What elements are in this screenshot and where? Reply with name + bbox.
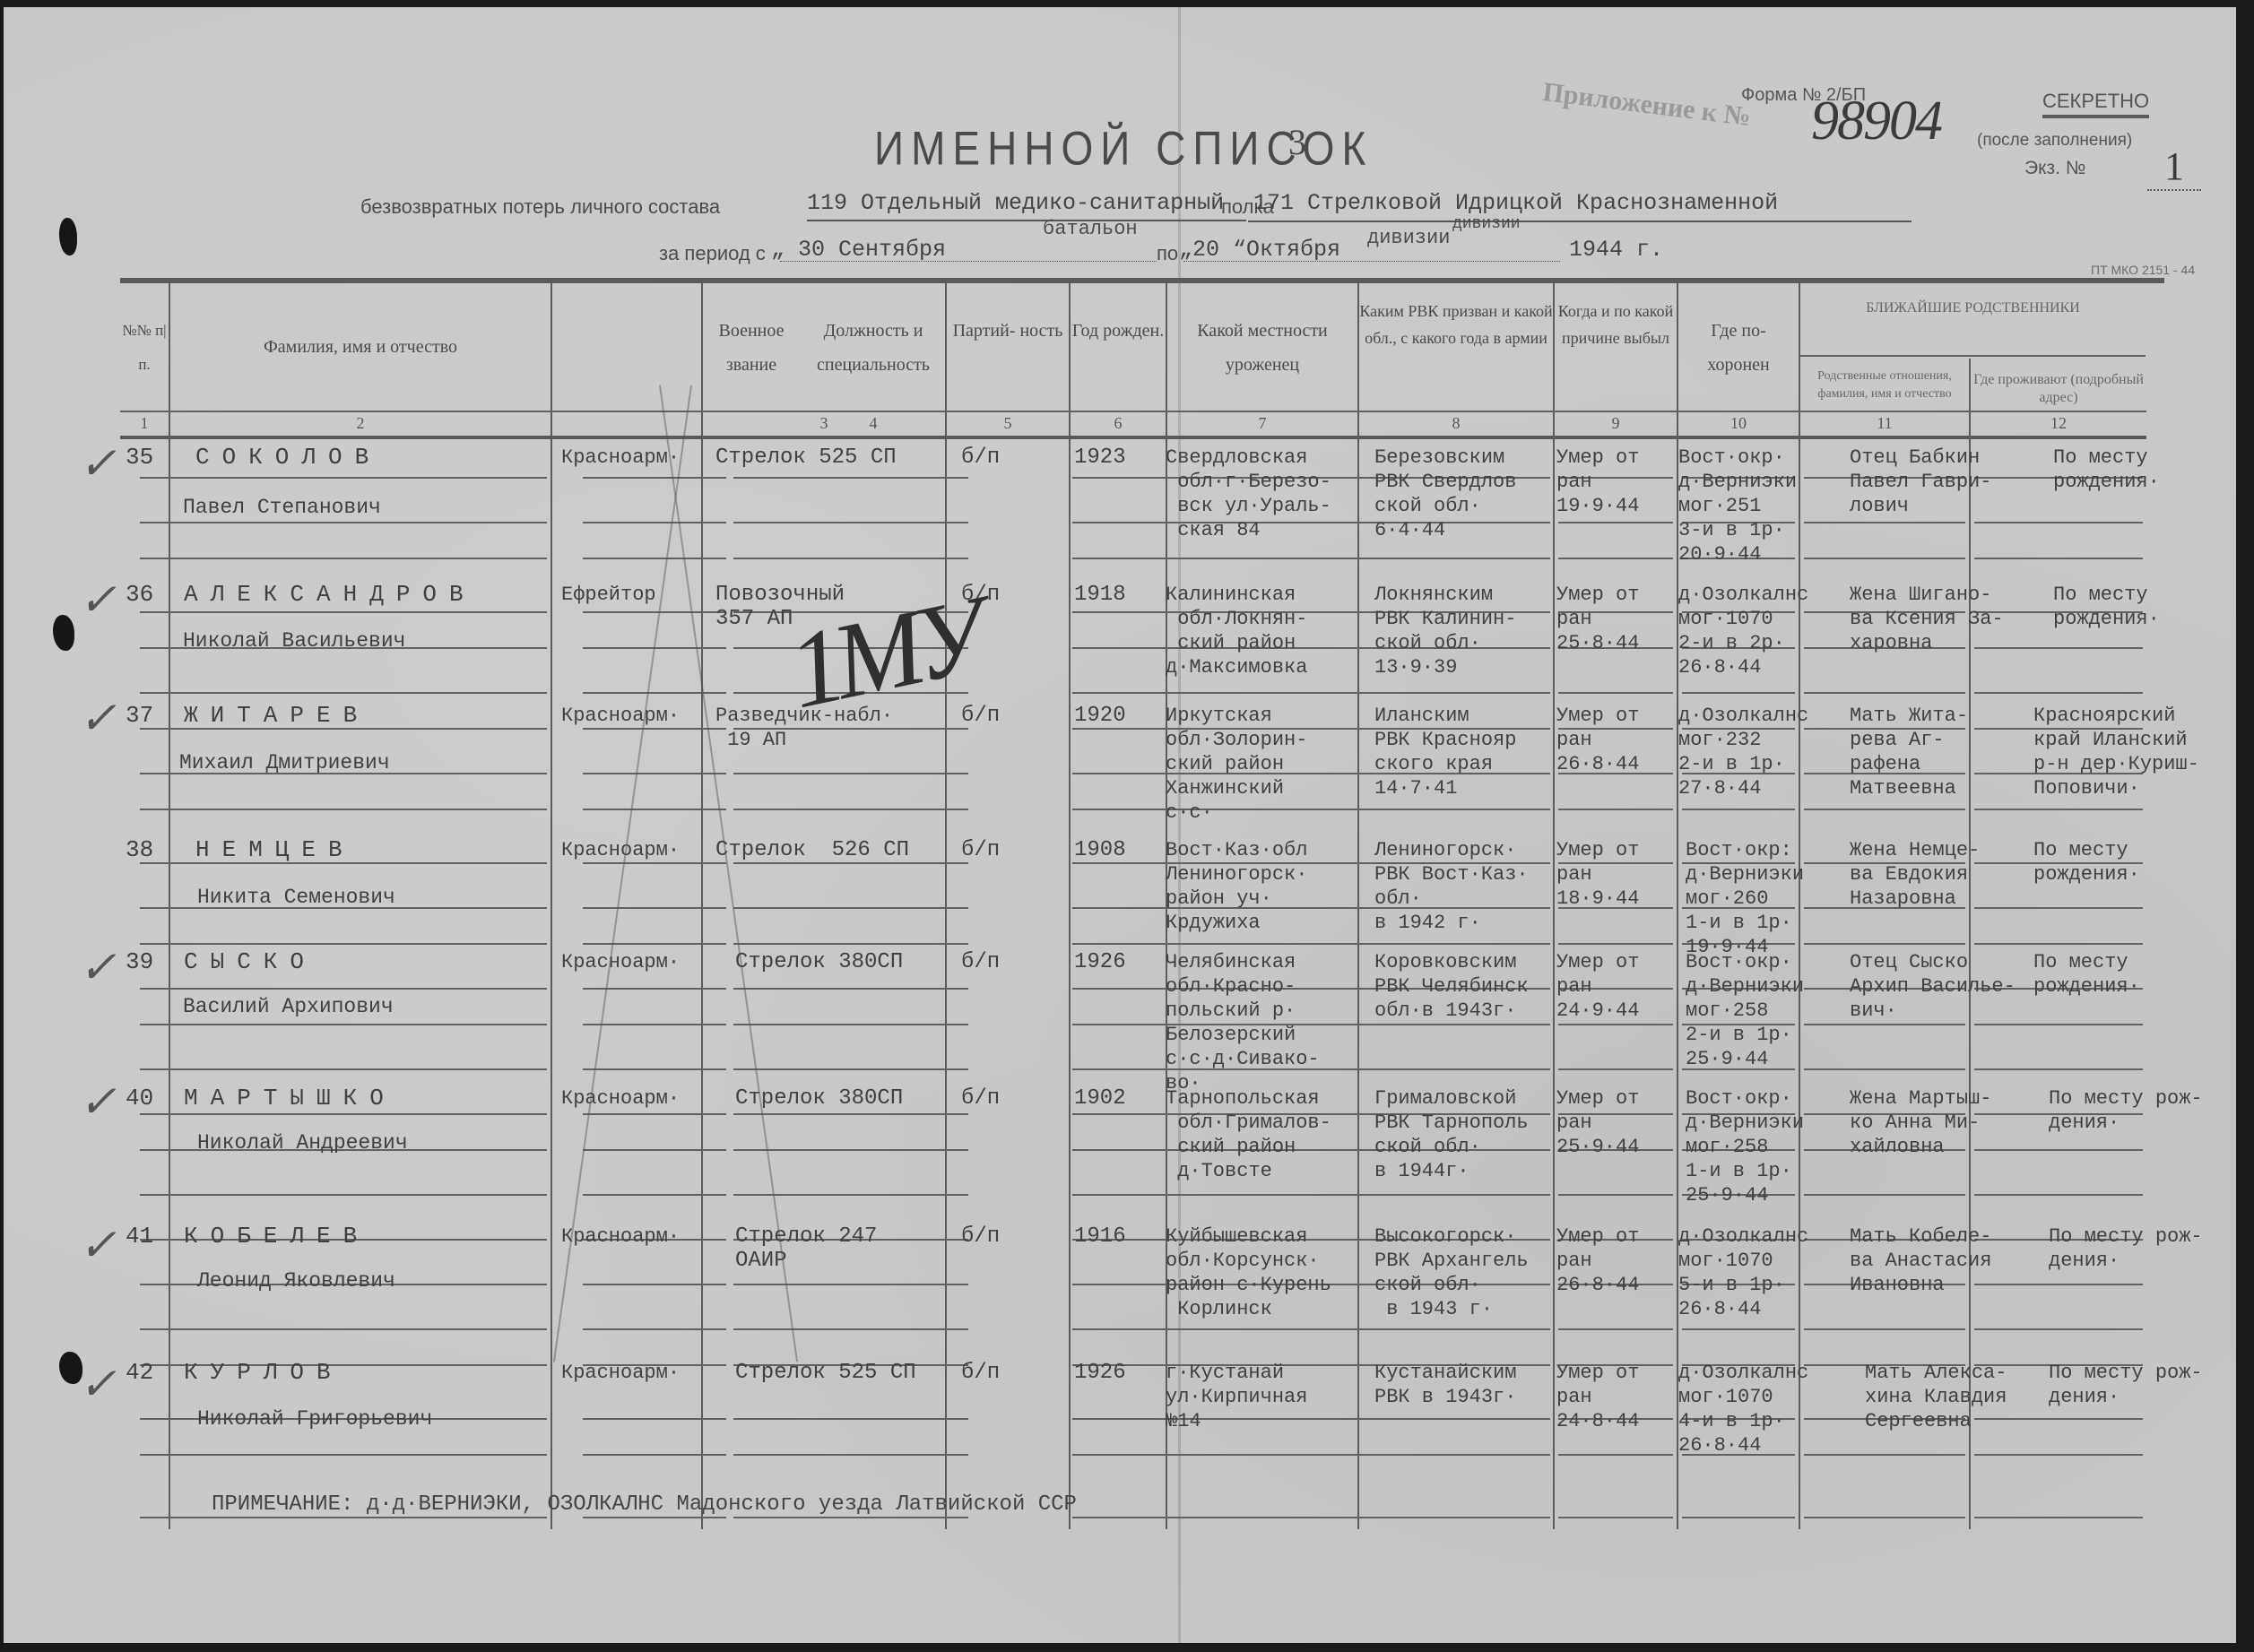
- copy-label: Экз. №: [2024, 158, 2085, 179]
- row-rule: [1364, 943, 1550, 945]
- row-number: 36: [126, 583, 153, 607]
- burial-place: д·Озолкалнс мог·1070 4-и в 1р· 26·8·44: [1678, 1361, 1808, 1457]
- cause-date: Умер от ран 25·9·44: [1556, 1086, 1639, 1159]
- relative-address: По месту рож- дения·: [2049, 1361, 2203, 1409]
- party: б/п: [961, 950, 1000, 974]
- row-rule: [733, 1454, 968, 1456]
- surname: АЛЕКСАНДРОВ: [184, 583, 476, 607]
- col-num-10: 10: [1678, 414, 1799, 433]
- row-rule: [1804, 558, 1965, 559]
- row-rule: [1558, 1328, 1673, 1330]
- row-rule: [1558, 1024, 1673, 1025]
- row-rule: [1974, 558, 2143, 559]
- row-rule: [174, 1328, 547, 1330]
- row-rule: [583, 1113, 726, 1115]
- row-rule: [1974, 1284, 2143, 1285]
- party: б/п: [961, 1361, 1000, 1385]
- losses-label-text: безвозвратных потерь личного состава: [360, 195, 720, 218]
- col-header-9: Когда и по какой причине выбыл: [1555, 298, 1677, 351]
- enlistment-office: Березовским РВК Свердлов ской обл· 6·4·4…: [1374, 445, 1516, 542]
- col-divider: [1357, 283, 1359, 1529]
- period-label: за период с: [659, 242, 766, 266]
- col-num-8: 8: [1359, 414, 1553, 433]
- row-rule: [174, 988, 547, 990]
- party: б/п: [961, 838, 1000, 862]
- row-number: 39: [126, 950, 153, 974]
- row-rule: [174, 1454, 547, 1456]
- row-rule: [583, 1284, 726, 1285]
- row-rule: [1974, 809, 2143, 810]
- row-rule: [733, 558, 968, 559]
- period-from: „ 30 Сентября: [771, 237, 946, 263]
- row-rule: [174, 477, 547, 479]
- surname: КОБЕЛЕВ: [184, 1224, 369, 1249]
- row-rule: [1804, 522, 1965, 523]
- row-rule: [174, 1068, 547, 1070]
- birthplace: г·Кустанай ул·Кирпичная №14: [1166, 1361, 1307, 1433]
- row-rule: [1364, 1418, 1550, 1420]
- row-rule: [1364, 692, 1550, 694]
- row-rule: [1974, 1517, 2143, 1518]
- col-header-3: Военное звание: [703, 314, 800, 382]
- row-rule: [1974, 1149, 2143, 1151]
- birthplace: Иркутская обл·Золорин- ский район Ханжин…: [1166, 704, 1307, 825]
- list-number: 3: [1288, 121, 1306, 163]
- burial-place: Вост·окр· д·Верниэки мог·251 3-и в 1р· 2…: [1678, 445, 1797, 567]
- row-rule: [583, 558, 726, 559]
- row-rule: [1974, 1194, 2143, 1196]
- col-divider: [550, 283, 552, 1529]
- col-header-10: Где по- хоронен: [1678, 314, 1799, 382]
- position: Стрелок 247 ОАИР: [735, 1224, 877, 1273]
- row-rule: [1804, 1068, 1965, 1070]
- row-rule: [1182, 943, 1365, 945]
- division-underline: [1248, 221, 1912, 222]
- given-names: Николай Григорьевич: [197, 1407, 432, 1431]
- row-rule: [1974, 1024, 2143, 1025]
- given-names: Василий Архипович: [183, 995, 394, 1019]
- row-rule: [583, 1418, 726, 1420]
- col-num-12: 12: [1971, 414, 2146, 433]
- burial-place: Вост·окр· д·Верниэки мог·258 1-и в 1р· 2…: [1686, 1086, 1804, 1207]
- col-header-8: Каким РВК призван и какой обл., с какого…: [1359, 298, 1553, 351]
- period-year: 1944 г.: [1569, 237, 1663, 263]
- rank: Красноарм·: [561, 1224, 680, 1249]
- row-rule: [733, 773, 968, 774]
- col-header-5: Партий- ность: [947, 314, 1069, 348]
- row-rule: [733, 907, 968, 909]
- period-to-label: по: [1157, 242, 1178, 266]
- surname: СЫСКО: [184, 950, 316, 974]
- relative-address: Красноярский край Иланский р-н дер·Куриш…: [2033, 704, 2199, 800]
- birthplace: Калининская обл·Локнян- ский район д·Мак…: [1166, 583, 1307, 679]
- check-mark-icon: ✓: [79, 941, 117, 993]
- row-rule: [1558, 692, 1673, 694]
- row-rule: [583, 773, 726, 774]
- enlistment-office: Лениногорск· РВК Вост·Каз· обл· в 1942 г…: [1374, 838, 1529, 935]
- enlistment-office: Иланским РВК Краснояр ского края 14·7·41: [1374, 704, 1516, 800]
- row-rule: [733, 1068, 968, 1070]
- burial-place: Вост·окр· д·Верниэки мог·258 2-и в 1р· 2…: [1686, 950, 1804, 1071]
- birth-year: 1926: [1074, 950, 1126, 974]
- row-rule: [1974, 1328, 2143, 1330]
- relative: Жена Мартыш- ко Анна Ми- хайловна: [1850, 1086, 1991, 1159]
- birth-year: 1916: [1074, 1224, 1126, 1249]
- cause-date: Умер от ран 26·8·44: [1556, 704, 1639, 776]
- copy-number: 1: [2147, 143, 2201, 191]
- row-rule: [1558, 1454, 1673, 1456]
- row-rule: [583, 943, 726, 945]
- enlistment-office: Грималовской РВК Тарнополь ской обл· в 1…: [1374, 1086, 1529, 1183]
- cause-date: Умер от ран 24·9·44: [1556, 950, 1639, 1023]
- surname: МАРТЫШКО: [184, 1086, 396, 1111]
- row-rule: [583, 1024, 726, 1025]
- footnote: ПРИМЕЧАНИЕ: д·д·ВЕРНИЭКИ, ОЗОЛКАЛНС Мадо…: [212, 1492, 1077, 1517]
- enlistment-office: Локнянским РВК Калинин- ской обл· 13·9·3…: [1374, 583, 1516, 679]
- row-rule: [174, 943, 547, 945]
- col-header-7: Какой местности уроженец: [1167, 314, 1357, 382]
- relative-address: По месту рож- дения·: [2049, 1086, 2203, 1135]
- row-rule: [1182, 1517, 1365, 1518]
- period-to: „20 “Октября: [1179, 237, 1340, 263]
- row-rule: [1682, 692, 1795, 694]
- party: б/п: [961, 704, 1000, 728]
- relative: Отец Сыско Архип Василье- вич·: [1850, 950, 2016, 1023]
- relative: Мать Житa- рева Аг- рафена Матвеевна: [1850, 704, 1968, 800]
- row-rule: [583, 988, 726, 990]
- surname: ЖИТАРЕВ: [184, 704, 369, 728]
- col-header-12: Где проживают (подробный адрес): [1971, 371, 2146, 407]
- birthplace: Свердловская обл·г·Березо- вск ул·Ураль-…: [1166, 445, 1331, 542]
- rank: Красноарм·: [561, 1086, 680, 1111]
- row-rule: [733, 988, 968, 990]
- row-rule: [174, 809, 547, 810]
- after-fill-note: (после заполнения): [1977, 131, 2132, 151]
- row-rule: [1364, 1328, 1550, 1330]
- relative: Мать Кобеле- ва Анастасия Ивановна: [1850, 1224, 1991, 1297]
- position: Стрелок 525 СП: [735, 1361, 916, 1385]
- table-top-border: [120, 278, 2164, 283]
- row-rule: [1364, 1517, 1550, 1518]
- binding-hole: [59, 218, 77, 255]
- row-rule: [733, 1517, 968, 1518]
- row-rule: [1558, 1068, 1673, 1070]
- birth-year: 1918: [1074, 583, 1126, 607]
- check-mark-icon: ✓: [79, 1219, 117, 1271]
- burial-place: д·Озолкалнс мог·232 2-и в 1р· 27·8·44: [1678, 704, 1808, 800]
- col-num-5: 5: [947, 414, 1069, 433]
- row-rule: [1558, 943, 1673, 945]
- form-code: ПТ МКО 2151 - 44: [2091, 263, 2195, 277]
- relative-address: По месту рождения·: [2053, 583, 2160, 631]
- relative-address: По месту рождения·: [2033, 838, 2140, 887]
- division-subtitle: дивизии: [1452, 215, 1521, 233]
- cause-date: Умер от ран 24·8·44: [1556, 1361, 1639, 1433]
- relative: Отец Бабкин Павел Гаври- лович: [1850, 445, 1991, 518]
- row-rule: [583, 907, 726, 909]
- row-rule: [1558, 1194, 1673, 1196]
- col-header-6: Год рожден.: [1071, 314, 1166, 348]
- given-names: Николай Андреевич: [197, 1131, 408, 1155]
- unit-name: 119 Отдельный медико-санитарный: [807, 190, 1224, 216]
- relatives-group-header: БЛИЖАЙШИЕ РОДСТВЕННИКИ: [1800, 299, 2146, 317]
- relative: Жена Немце- ва Евдокия Назаровна: [1850, 838, 1980, 911]
- row-rule: [174, 522, 547, 523]
- col-num-2: 2: [170, 414, 550, 433]
- period-to-underline: [1183, 261, 1560, 264]
- burial-place: д·Озолкалнс мог·1070 5-и в 1р· 26·8·44: [1678, 1224, 1808, 1321]
- row-rule: [1364, 1024, 1550, 1025]
- row-rule: [733, 1113, 968, 1115]
- row-rule: [583, 1068, 726, 1070]
- burial-place: Вост·окр: д·Верниэки мог·260 1-и в 1р· 1…: [1686, 838, 1804, 959]
- party: б/п: [961, 1086, 1000, 1111]
- rank: Красноарм·: [561, 704, 680, 728]
- party: б/п: [961, 445, 1000, 470]
- given-names: Михаил Дмитриевич: [179, 751, 390, 775]
- row-rule: [1364, 809, 1550, 810]
- cause-date: Умер от ран 25·8·44: [1556, 583, 1639, 655]
- row-rule: [733, 809, 968, 810]
- col-divider: [1069, 283, 1071, 1529]
- col-num-6: 6: [1071, 414, 1166, 433]
- col-num-11: 11: [1800, 414, 1969, 433]
- row-rule: [1182, 1194, 1365, 1196]
- check-mark-icon: ✓: [79, 1076, 117, 1128]
- row-rule: [733, 1418, 968, 1420]
- col-header-2: Фамилия, имя и отчество: [170, 330, 550, 364]
- row-number: 41: [126, 1224, 153, 1249]
- row-rule: [1558, 522, 1673, 523]
- col-header-4: Должность и специальность: [802, 314, 945, 382]
- row-rule: [733, 522, 968, 523]
- division-name: 171 Стрелковой Идрицкой Краснознаменной: [1253, 190, 1778, 216]
- unit-underline: [807, 220, 1246, 221]
- unit-subtitle: батальон: [1043, 218, 1138, 240]
- row-rule: [583, 522, 726, 523]
- row-rule: [1804, 1517, 1965, 1518]
- rank: Красноарм·: [561, 838, 680, 862]
- secrecy-label: СЕКРЕТНО: [2042, 90, 2149, 118]
- col-header-1: №№ п|п.: [120, 314, 169, 382]
- position: Стрелок 525 СП: [715, 445, 897, 470]
- header-divider: [120, 411, 2146, 412]
- birthplace: Куйбышевская обл·Корсунск· район с·Курен…: [1166, 1224, 1331, 1321]
- period-label-text: за период с: [659, 242, 766, 264]
- row-rule: [174, 1024, 547, 1025]
- row-rule: [1804, 692, 1965, 694]
- row-rule: [1364, 1194, 1550, 1196]
- position: Стрелок 380СП: [735, 950, 903, 974]
- row-rule: [583, 692, 726, 694]
- relatives-group-line: [1800, 355, 2146, 357]
- check-mark-icon: ✓: [79, 1358, 117, 1410]
- row-rule: [583, 1194, 726, 1196]
- row-rule: [1804, 1024, 1965, 1025]
- row-rule: [1558, 809, 1673, 810]
- row-rule: [1182, 558, 1365, 559]
- row-rule: [733, 1194, 968, 1196]
- rank: Ефрейтор: [561, 583, 656, 607]
- row-rule: [1682, 1517, 1795, 1518]
- burial-place: д·Озолкалнс мог·1070 2-и в 2р· 26·8·44: [1678, 583, 1808, 679]
- party: б/п: [961, 1224, 1000, 1249]
- row-rule: [583, 1454, 726, 1456]
- row-rule: [1364, 1454, 1550, 1456]
- row-rule: [1182, 1454, 1365, 1456]
- cause-date: Умер от ран 26·8·44: [1556, 1224, 1639, 1297]
- relative: Жена Шигано- ва Ксения За- харовна: [1850, 583, 2004, 655]
- birth-year: 1920: [1074, 704, 1126, 728]
- surname: СОКОЛОВ: [195, 445, 381, 470]
- check-mark-icon: ✓: [79, 692, 117, 744]
- col-num-9: 9: [1555, 414, 1677, 433]
- row-rule: [583, 477, 726, 479]
- handwritten-number: 98904: [1811, 90, 1941, 153]
- col-divider: [945, 283, 947, 1529]
- row-rule: [583, 809, 726, 810]
- row-rule: [733, 862, 968, 864]
- row-rule: [174, 1194, 547, 1196]
- col-divider: [701, 283, 703, 1529]
- row-rule: [1682, 1328, 1795, 1330]
- row-rule: [1804, 1454, 1965, 1456]
- relative: Мать Алекса- хина Клавдия Сергеевна: [1865, 1361, 2007, 1433]
- row-rule: [1182, 692, 1365, 694]
- row-rule: [1804, 943, 1965, 945]
- rank: Красноарм·: [561, 445, 680, 470]
- check-mark-icon: ✓: [79, 437, 117, 489]
- row-rule: [1804, 1328, 1965, 1330]
- row-rule: [174, 558, 547, 559]
- col-num-4: 4: [802, 414, 945, 433]
- row-rule: [1364, 1068, 1550, 1070]
- birth-year: 1908: [1074, 838, 1126, 862]
- period-from-underline: [780, 261, 1157, 264]
- row-number: 35: [126, 445, 153, 470]
- row-rule: [1558, 558, 1673, 559]
- row-rule: [733, 1284, 968, 1285]
- row-rule: [733, 1149, 968, 1151]
- enlistment-office: Высокогорск· РВК Архангель ской обл· в 1…: [1374, 1224, 1529, 1321]
- row-rule: [733, 477, 968, 479]
- binding-hole: [53, 615, 74, 651]
- row-rule: [174, 1113, 547, 1115]
- row-rule: [583, 862, 726, 864]
- losses-label: безвозвратных потерь личного состава: [360, 195, 720, 220]
- row-rule: [583, 1149, 726, 1151]
- row-number: 38: [126, 838, 153, 862]
- birthplace: Тарнопольская обл·Грималов- ский район д…: [1166, 1086, 1331, 1183]
- row-rule: [1804, 809, 1965, 810]
- row-rule: [733, 943, 968, 945]
- cause-date: Умер от ран 19·9·44: [1556, 445, 1639, 518]
- rank: Красноарм·: [561, 1361, 680, 1385]
- period-to-label-text: по: [1157, 242, 1178, 264]
- row-rule: [1974, 522, 2143, 523]
- given-names: Павел Степанович: [183, 496, 381, 520]
- check-mark-icon: ✓: [79, 574, 117, 626]
- row-rule: [174, 611, 547, 613]
- col-num-1: 1: [120, 414, 169, 433]
- rank: Красноарм·: [561, 950, 680, 974]
- row-number: 42: [126, 1361, 153, 1385]
- row-rule: [583, 1517, 726, 1518]
- relative-address: По месту рож- дения·: [2049, 1224, 2203, 1273]
- birth-year: 1926: [1074, 1361, 1126, 1385]
- surname: КУРЛОВ: [184, 1361, 343, 1385]
- row-rule: [1974, 692, 2143, 694]
- col-header-11: Родственные отношения, фамилия, имя и от…: [1800, 368, 1969, 403]
- header-bottom-border: [120, 436, 2146, 439]
- row-rule: [1974, 1068, 2143, 1070]
- row-rule: [174, 1517, 547, 1518]
- row-rule: [733, 1024, 968, 1025]
- row-rule: [1974, 907, 2143, 909]
- birthplace: Вост·Каз·обл Лениногорск· район уч· Крду…: [1166, 838, 1307, 935]
- row-rule: [1364, 558, 1550, 559]
- row-rule: [1182, 1328, 1365, 1330]
- row-number: 40: [126, 1086, 153, 1111]
- row-rule: [174, 692, 547, 694]
- col-divider: [1553, 283, 1555, 1529]
- enlistment-office: Кустанайским РВК в 1943г·: [1374, 1361, 1516, 1409]
- col-divider: [1969, 359, 1971, 1529]
- relative-address: По месту рождения·: [2053, 445, 2160, 494]
- position: Стрелок 526 СП: [715, 838, 909, 862]
- row-rule: [733, 1328, 968, 1330]
- col-num-7: 7: [1167, 414, 1357, 433]
- surname: НЕМЦЕВ: [195, 838, 355, 862]
- given-names: Леонид Яковлевич: [197, 1269, 395, 1293]
- cause-date: Умер от ран 18·9·44: [1556, 838, 1639, 911]
- birthplace: Челябинская обл·Красно- польский р· Бело…: [1166, 950, 1320, 1095]
- row-rule: [583, 728, 726, 730]
- row-rule: [1804, 1194, 1965, 1196]
- col-divider: [169, 283, 170, 1529]
- division-subtitle-2: дивизии: [1367, 227, 1450, 249]
- row-rule: [1974, 1454, 2143, 1456]
- row-rule: [1682, 809, 1795, 810]
- given-names: Никита Семенович: [197, 886, 395, 910]
- row-rule: [1974, 943, 2143, 945]
- row-rule: [583, 611, 726, 613]
- birth-year: 1902: [1074, 1086, 1126, 1111]
- row-rule: [583, 1328, 726, 1330]
- row-rule: [1558, 1517, 1673, 1518]
- birth-year: 1923: [1074, 445, 1126, 470]
- row-number: 37: [126, 704, 153, 728]
- enlistment-office: Коровковским РВК Челябинск обл·в 1943г·: [1374, 950, 1529, 1023]
- given-names: Николай Васильевич: [183, 629, 405, 653]
- relative-address: По месту рождения·: [2033, 950, 2140, 999]
